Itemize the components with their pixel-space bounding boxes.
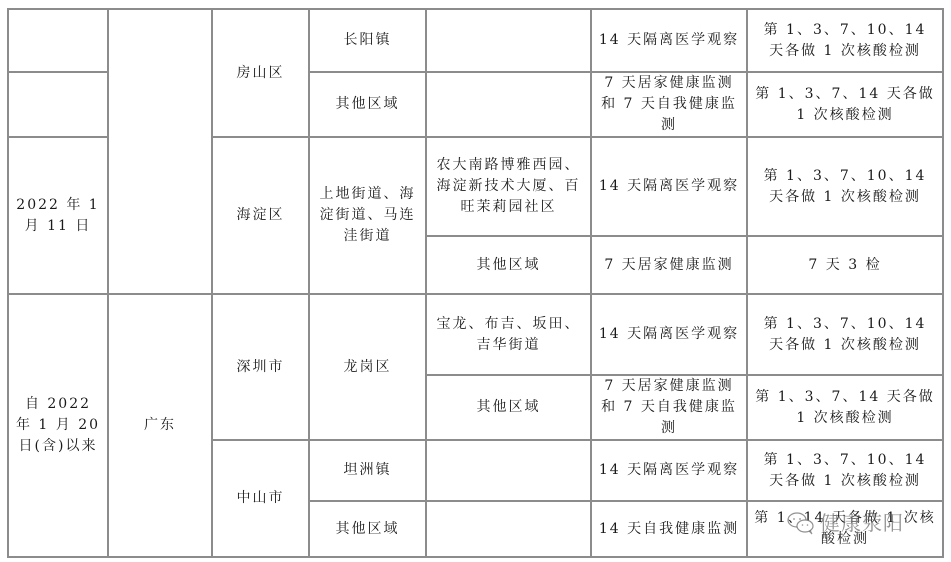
testing-cell: 第 1、3、7、10、14 天各做 1 次核酸检测 xyxy=(747,9,943,72)
area-cell xyxy=(426,9,591,72)
measure-cell: 7 天居家健康监测和 7 天自我健康监测 xyxy=(591,72,747,137)
area-cell: 农大南路博雅西园、海淀新技术大厦、百旺茉莉园社区 xyxy=(426,137,591,236)
district-cell: 上地街道、海淀街道、马连洼街道 xyxy=(309,137,426,294)
testing-cell: 第 1、3、7、10、14 天各做 1 次核酸检测 xyxy=(747,294,943,375)
area-cell xyxy=(426,440,591,501)
risk-area-table: 房山区 长阳镇 14 天隔离医学观察 第 1、3、7、10、14 天各做 1 次… xyxy=(7,8,944,558)
district-cell: 坦洲镇 xyxy=(309,440,426,501)
date-cell xyxy=(8,9,108,72)
district-cell: 其他区域 xyxy=(309,72,426,137)
area-cell xyxy=(426,72,591,137)
testing-cell: 第 1、3、7、14 天各做 1 次核酸检测 xyxy=(747,375,943,440)
city-cell: 中山市 xyxy=(212,440,309,557)
city-cell: 深圳市 xyxy=(212,294,309,440)
province-cell xyxy=(108,9,212,294)
district-cell: 长阳镇 xyxy=(309,9,426,72)
measure-cell: 14 天隔离医学观察 xyxy=(591,9,747,72)
table-row: 自 2022 年 1 月 20 日(含)以来 广东 深圳市 龙岗区 宝龙、布吉、… xyxy=(8,294,943,375)
date-cell: 2022 年 1 月 11 日 xyxy=(8,137,108,294)
measure-cell: 14 天隔离医学观察 xyxy=(591,294,747,375)
testing-cell: 7 天 3 检 xyxy=(747,236,943,294)
area-cell: 宝龙、布吉、坂田、吉华街道 xyxy=(426,294,591,375)
testing-cell: 第 1、3、7、14 天各做 1 次核酸检测 xyxy=(747,72,943,137)
city-cell: 海淀区 xyxy=(212,137,309,294)
testing-cell: 第 1、14 天各做 1 次核酸检测 健康荥阳 xyxy=(747,501,943,557)
table-row: 房山区 长阳镇 14 天隔离医学观察 第 1、3、7、10、14 天各做 1 次… xyxy=(8,9,943,72)
date-cell xyxy=(8,72,108,137)
measure-cell: 14 天自我健康监测 xyxy=(591,501,747,557)
measure-cell: 14 天隔离医学观察 xyxy=(591,137,747,236)
district-cell: 龙岗区 xyxy=(309,294,426,440)
province-cell: 广东 xyxy=(108,294,212,557)
date-cell: 自 2022 年 1 月 20 日(含)以来 xyxy=(8,294,108,557)
measure-cell: 7 天居家健康监测 xyxy=(591,236,747,294)
measure-cell: 14 天隔离医学观察 xyxy=(591,440,747,501)
testing-cell: 第 1、3、7、10、14 天各做 1 次核酸检测 xyxy=(747,137,943,236)
measure-cell: 7 天居家健康监测和 7 天自我健康监测 xyxy=(591,375,747,440)
testing-cell: 第 1、3、7、10、14 天各做 1 次核酸检测 xyxy=(747,440,943,501)
area-cell xyxy=(426,501,591,557)
area-cell: 其他区域 xyxy=(426,236,591,294)
area-cell: 其他区域 xyxy=(426,375,591,440)
district-cell: 其他区域 xyxy=(309,501,426,557)
city-cell: 房山区 xyxy=(212,9,309,137)
